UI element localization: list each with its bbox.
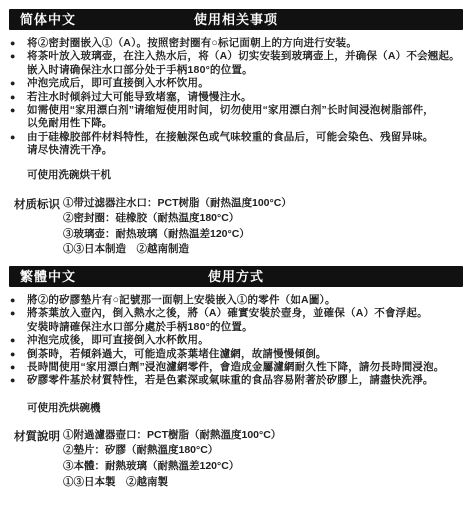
- list-item: ● 倒茶時，若傾斜過大，可能造成茶葉堵住濾網，故請慢慢傾倒。: [9, 348, 463, 361]
- bullet-icon: ●: [9, 374, 27, 387]
- bullet-icon: ●: [9, 131, 27, 144]
- bullet-icon: ●: [9, 294, 27, 307]
- list-item-text: 将②密封圈嵌入①（A）。按照密封圈有○标记面朝上的方向进行安装。: [27, 37, 357, 50]
- list-item-text: 長時間使用“家用漂白劑”浸泡濾網零件，會造成金屬濾網耐久性下降，請勿長時間浸泡。: [27, 361, 445, 374]
- material-line: ②墊片：矽膠（耐熱溫度180°C）: [63, 443, 281, 459]
- list-item-text: 嵌入时请确保注水口部分处于手柄180°的位置。: [27, 64, 253, 77]
- material-line: ①③日本製 ②越南製: [63, 475, 281, 491]
- bullet-icon: ●: [9, 104, 27, 117]
- list-item-text: 以免耐用性下降。: [27, 117, 113, 130]
- materials-label: 材質說明: [14, 428, 63, 490]
- instruction-list: ● 将②密封圈嵌入①（A）。按照密封圈有○标记面朝上的方向进行安装。 ● 将茶叶…: [9, 37, 463, 158]
- list-item: ● 將茶葉放入壺內，倒入熱水之後，將（A）確實安裝於壺身，並確保（A）不會浮起。: [9, 307, 463, 320]
- materials-block: 材质标识 ①带过滤器注水口：PCT树脂（耐热温度100°C） ②密封圈：硅橡胶（…: [9, 196, 463, 258]
- list-item: ● 如需使用“家用漂白剂”请缩短使用时间，切勿使用“家用漂白剂”长时间浸泡树脂部…: [9, 104, 463, 117]
- section-simplified-chinese: 简体中文 使用相关事项 ● 将②密封圈嵌入①（A）。按照密封圈有○标记面朝上的方…: [9, 9, 463, 258]
- bullet-icon: ●: [9, 334, 27, 347]
- materials-list: ①带过滤器注水口：PCT树脂（耐热温度100°C） ②密封圈：硅橡胶（耐热温度1…: [63, 196, 292, 258]
- list-item-text: 安裝時請確保注水口部分處於手柄180°的位置。: [27, 321, 253, 334]
- bullet-icon: ●: [9, 348, 27, 361]
- material-line: ①带过滤器注水口：PCT树脂（耐热温度100°C）: [63, 196, 292, 212]
- material-line: ③玻璃壶：耐热玻璃（耐热温差120°C）: [63, 227, 292, 243]
- section-title: 使用方式: [9, 266, 463, 287]
- materials-list: ①附過濾器壺口：PCT樹脂（耐熱溫度100°C） ②墊片：矽膠（耐熱溫度180°…: [63, 428, 281, 490]
- list-item-text: 如需使用“家用漂白剂”请缩短使用时间，切勿使用“家用漂白剂”长时间浸泡树脂部件，: [27, 104, 434, 117]
- list-item: ● 将茶叶放入玻璃壶，在注入热水后，将（A）切实安装到玻璃壶上，并确保（A）不会…: [9, 50, 463, 63]
- list-item-text: 由于硅橡胶部件材料特性，在接触深色或气味较重的食品后，可能会染色、残留异味。: [27, 131, 434, 144]
- bullet-icon: ●: [9, 361, 27, 374]
- list-item-text: 倒茶時，若傾斜過大，可能造成茶葉堵住濾網，故請慢慢傾倒。: [27, 348, 327, 361]
- list-item-text: 将茶叶放入玻璃壶，在注入热水后，将（A）切实安装到玻璃壶上，并确保（A）不会翘起…: [27, 50, 460, 63]
- list-item-text: 沖泡完成後，即可直接倒入水杯飲用。: [27, 334, 209, 347]
- list-item-continuation: 请尽快清洗干净。: [9, 144, 463, 157]
- list-item-continuation: 嵌入时请确保注水口部分处于手柄180°的位置。: [9, 64, 463, 77]
- instruction-list: ● 將②的矽膠墊片有○記號那一面朝上安裝嵌入①的零件（如A圖）。 ● 將茶葉放入…: [9, 294, 463, 388]
- list-item-continuation: 以免耐用性下降。: [9, 117, 463, 130]
- list-item-text: 將茶葉放入壺內，倒入熱水之後，將（A）確實安裝於壺身，並確保（A）不會浮起。: [27, 307, 428, 320]
- list-item: ● 矽膠零件基於材質特性，若是色素深或氣味重的食品容易附著於矽膠上，請盡快洗淨。: [9, 374, 463, 387]
- list-item: ● 長時間使用“家用漂白劑”浸泡濾網零件，會造成金屬濾網耐久性下降，請勿長時間浸…: [9, 361, 463, 374]
- materials-block: 材質說明 ①附過濾器壺口：PCT樹脂（耐熱溫度100°C） ②墊片：矽膠（耐熱溫…: [9, 428, 463, 490]
- section-traditional-chinese: 繁體中文 使用方式 ● 將②的矽膠墊片有○記號那一面朝上安裝嵌入①的零件（如A圖…: [9, 266, 463, 490]
- material-line: ①附過濾器壺口：PCT樹脂（耐熱溫度100°C）: [63, 428, 281, 444]
- bullet-icon: ●: [9, 37, 27, 50]
- materials-label: 材质标识: [14, 196, 63, 258]
- list-item-text: 矽膠零件基於材質特性，若是色素深或氣味重的食品容易附著於矽膠上，請盡快洗淨。: [27, 374, 434, 387]
- bullet-icon: ●: [9, 50, 27, 63]
- list-item: ● 由于硅橡胶部件材料特性，在接触深色或气味较重的食品后，可能会染色、残留异味。: [9, 131, 463, 144]
- bullet-icon: ●: [9, 307, 27, 320]
- dishwasher-note: 可使用洗烘碗機: [27, 400, 463, 415]
- list-item-text: 请尽快清洗干净。: [27, 144, 113, 157]
- list-item-text: 若注水时倾斜过大可能导致堵塞，请慢慢注水。: [27, 91, 252, 104]
- section-header-traditional: 繁體中文 使用方式: [9, 266, 463, 287]
- list-item-text: 將②的矽膠墊片有○記號那一面朝上安裝嵌入①的零件（如A圖）。: [27, 294, 336, 307]
- list-item: ● 若注水时倾斜过大可能导致堵塞，请慢慢注水。: [9, 91, 463, 104]
- material-line: ②密封圈：硅橡胶（耐热温度180°C）: [63, 211, 292, 227]
- list-item-continuation: 安裝時請確保注水口部分處於手柄180°的位置。: [9, 321, 463, 334]
- instruction-sheet: 简体中文 使用相关事项 ● 将②密封圈嵌入①（A）。按照密封圈有○标记面朝上的方…: [0, 0, 472, 490]
- section-header-simplified: 简体中文 使用相关事项: [9, 9, 463, 30]
- list-item: ● 將②的矽膠墊片有○記號那一面朝上安裝嵌入①的零件（如A圖）。: [9, 294, 463, 307]
- section-title: 使用相关事项: [9, 9, 463, 30]
- dishwasher-note: 可使用洗碗烘干机: [27, 167, 463, 182]
- bullet-icon: ●: [9, 77, 27, 90]
- bullet-icon: ●: [9, 91, 27, 104]
- list-item: ● 冲泡完成后，即可直接倒入水杯饮用。: [9, 77, 463, 90]
- material-line: ①③日本制造 ②越南制造: [63, 242, 292, 258]
- list-item: ● 沖泡完成後，即可直接倒入水杯飲用。: [9, 334, 463, 347]
- list-item: ● 将②密封圈嵌入①（A）。按照密封圈有○标记面朝上的方向进行安装。: [9, 37, 463, 50]
- material-line: ③本體：耐熱玻璃（耐熱溫差120°C）: [63, 459, 281, 475]
- list-item-text: 冲泡完成后，即可直接倒入水杯饮用。: [27, 77, 209, 90]
